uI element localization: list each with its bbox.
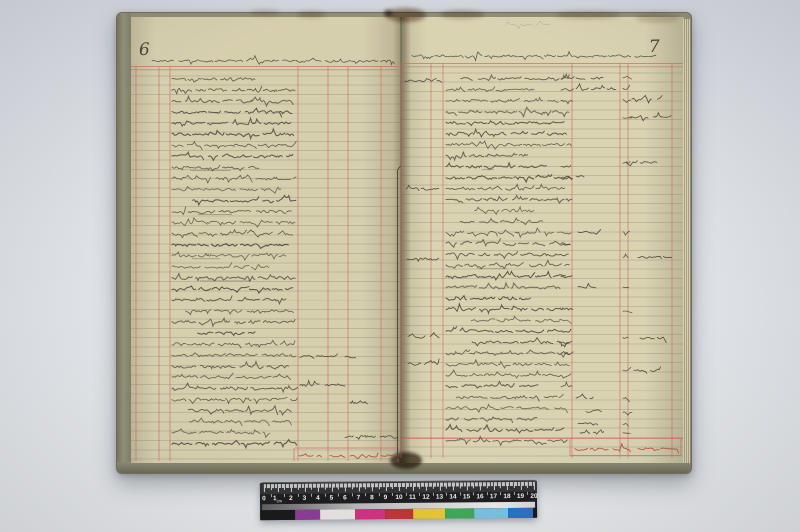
ruler-number: 16 [476, 493, 483, 500]
page-number-left: 6 [139, 40, 151, 60]
ruler-number: 18 [503, 493, 510, 500]
ruler-patch-red [385, 509, 413, 519]
book-cover-bottom-edge [117, 462, 691, 473]
ruler-color-patches [260, 508, 537, 520]
ruler-half-tick [433, 493, 434, 496]
ruler-half-tick [500, 492, 501, 495]
ruler-half-tick [487, 492, 488, 495]
ruler-number: 17 [490, 493, 497, 500]
photo-scene: 6 7 01cm234567891011121314151617181920 [0, 0, 800, 532]
ruler-number: 14 [449, 493, 456, 500]
book-gutter-shadow [393, 17, 411, 463]
ruler-tick [534, 482, 535, 490]
ruler-half-tick [352, 493, 353, 496]
ruler-number: 2 [289, 495, 293, 502]
ruler-half-tick [473, 492, 474, 495]
ruler-patch-green [445, 508, 474, 518]
page-stack-edge [683, 19, 690, 463]
ledger-page-right [402, 17, 684, 463]
ruler-half-tick [392, 493, 393, 496]
ruler-patch-black [260, 510, 295, 520]
ruler-number: 9 [384, 494, 388, 501]
ruler-half-tick [338, 494, 339, 497]
ruler-half-tick [514, 492, 515, 495]
ledger-page-left [131, 17, 400, 463]
ruler-half-tick [379, 493, 380, 496]
ruler-patch-black-end [533, 508, 537, 518]
ruler-patch-blue [508, 508, 533, 518]
ruler-half-tick [446, 493, 447, 496]
ruler-number: 15 [463, 493, 470, 500]
ruler-patch-cyan [474, 508, 508, 518]
ruler-half-tick [406, 493, 407, 496]
ruler-patch-white [320, 509, 355, 519]
ledger-book [116, 12, 692, 474]
ruler-number: 4 [316, 495, 320, 502]
page-ruling-lines [402, 64, 684, 463]
ruler-patch-purple [295, 510, 320, 520]
book-cover-left-edge [117, 13, 131, 473]
ruler-number: 19 [517, 493, 524, 500]
ruler-half-tick [419, 493, 420, 496]
ruler-half-tick [365, 493, 366, 496]
ruler-half-tick [311, 494, 312, 497]
ruler-number: 20 [530, 493, 537, 500]
ruler-number: 1cm [273, 495, 282, 503]
ruler-half-tick [271, 494, 272, 497]
ruler-number: 5 [330, 495, 334, 502]
ruler-number: 3 [303, 495, 307, 502]
ruler-number: 0 [262, 495, 266, 502]
ruler-patch-yellow [413, 509, 445, 519]
ruler-half-tick [325, 494, 326, 497]
ruler-half-tick [527, 492, 528, 495]
ruler-unit-label: cm [277, 498, 282, 503]
ruler-number: 11 [409, 494, 416, 501]
ruler-number: 13 [436, 494, 443, 501]
ruler-number: 10 [395, 494, 402, 501]
page-number-right: 7 [649, 37, 661, 57]
ruler-half-tick [460, 492, 461, 495]
ruler-half-tick [284, 494, 285, 497]
photographic-scale-ruler: 01cm234567891011121314151617181920 [260, 480, 537, 520]
page-ruling-lines [131, 67, 400, 463]
ruler-patch-magenta [355, 509, 385, 519]
ruler-half-tick [298, 494, 299, 497]
ruler-number: 7 [357, 494, 361, 501]
ruler-number: 12 [422, 494, 429, 501]
ruler-number: 6 [343, 494, 347, 501]
ruler-number: 8 [370, 494, 374, 501]
